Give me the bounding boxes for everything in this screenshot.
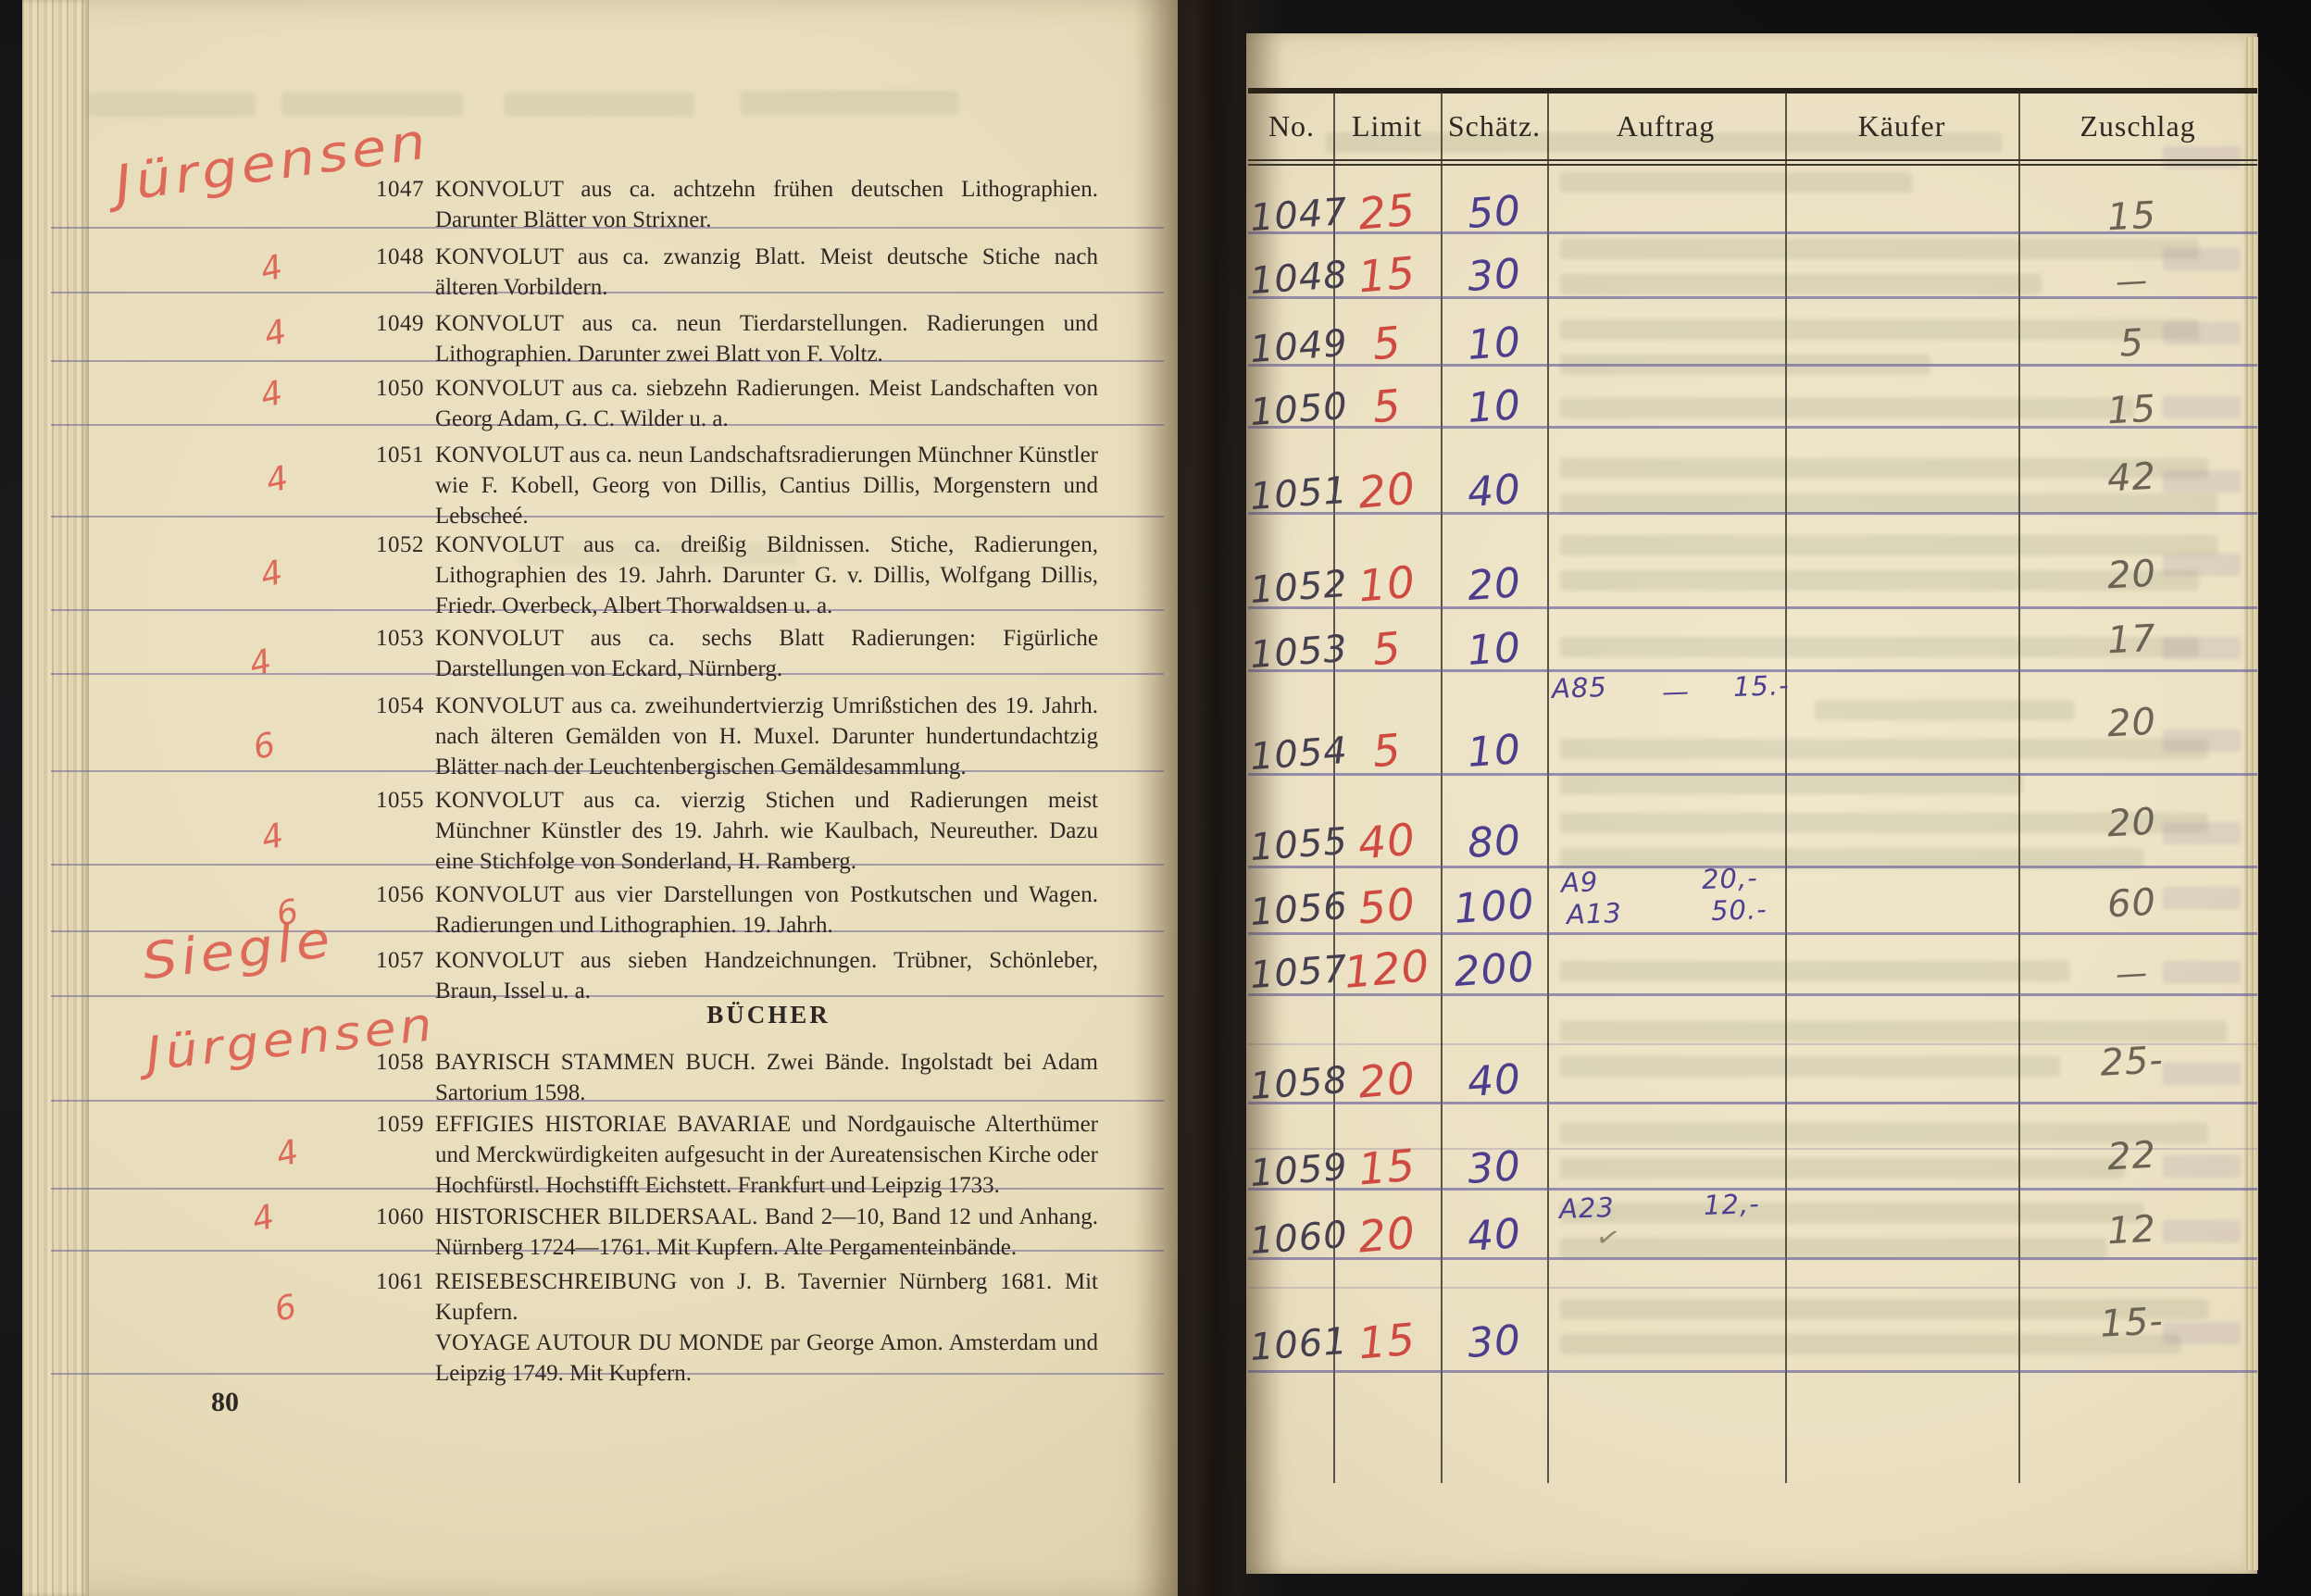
header-top-rule	[1248, 88, 2257, 94]
lot-number: 1059	[335, 1109, 424, 1140]
lot-text: KONVOLUT aus ca. siebzehn Radierungen. M…	[435, 373, 1098, 434]
lot-text: KONVOLUT aus ca. sechs Blatt Radierungen…	[435, 623, 1098, 684]
row-number: 1049	[1249, 323, 1337, 371]
row-rule-faint	[1248, 1287, 2257, 1289]
column-divider-line	[1785, 93, 1787, 1483]
lot-text: EFFIGIES HISTORIAE BAVARIAE und Nordgaui…	[435, 1109, 1098, 1201]
row-number: 1055	[1249, 821, 1337, 869]
row-number: 1053	[1249, 629, 1337, 677]
lot-entry: 1050 KONVOLUT aus ca. siebzehn Radierung…	[335, 373, 1098, 434]
lot-entry: 1047 KONVOLUT aus ca. achtzehn frühen de…	[335, 174, 1098, 235]
column-divider-line	[1441, 93, 1443, 1483]
auftrag-code: A13	[1566, 897, 1622, 930]
lot-text: HISTORISCHER BILDERSAAL. Band 2—10, Band…	[435, 1202, 1098, 1263]
bleedthrough-mark	[1560, 172, 1912, 193]
bleedthrough-mark	[1560, 274, 2042, 294]
lot-entry: 1053 KONVOLUT aus ca. sechs Blatt Radier…	[335, 623, 1098, 684]
lot-text: KONVOLUT aus ca. zweihundertvierzig Umri…	[435, 691, 1098, 782]
lot-text: KONVOLUT aus sieben Handzeichnungen. Trü…	[435, 945, 1098, 1006]
column-header-limit: Limit	[1335, 109, 1439, 143]
header-bottom-rule	[1248, 159, 2257, 161]
limit-value: 15	[1333, 245, 1441, 305]
auftrag-code: A9	[1560, 866, 1598, 898]
lot-entry: 1049 KONVOLUT aus ca. neun Tierdarstellu…	[335, 308, 1098, 369]
lot-number: 1049	[335, 308, 424, 339]
row-number: 1061	[1249, 1321, 1337, 1369]
estimate-value: 30	[1441, 1141, 1547, 1195]
estimate-value: 40	[1441, 1208, 1547, 1263]
row-rule	[1248, 932, 2257, 935]
column-divider-line	[1333, 93, 1335, 1483]
lot-number: 1048	[335, 242, 424, 272]
lot-entry: 1058 BAYRISCH STAMMEN BUCH. Zwei Bände. …	[335, 1047, 1098, 1108]
row-number: 1047	[1249, 192, 1337, 240]
lot-text: KONVOLUT aus vier Darstellungen von Post…	[435, 879, 1098, 941]
lot-text: KONVOLUT aus ca. achtzehn frühen deutsch…	[435, 174, 1098, 235]
estimate-value: 40	[1441, 464, 1547, 518]
row-number: 1060	[1249, 1215, 1337, 1263]
lot-entry: 1054 KONVOLUT aus ca. zweihundertvierzig…	[335, 691, 1098, 782]
row-number: 1058	[1249, 1060, 1337, 1108]
row-number: 1051	[1249, 470, 1337, 518]
row-number: 1054	[1249, 730, 1337, 779]
auftrag-code: A23	[1558, 1191, 1615, 1225]
auftrag-amount: 15.-	[1732, 669, 1790, 703]
limit-value: 15	[1333, 1312, 1441, 1372]
row-number: 1056	[1249, 886, 1337, 934]
bleedthrough-mark	[1560, 239, 2199, 259]
lot-entry: 1056 KONVOLUT aus vier Darstellungen von…	[335, 879, 1098, 941]
bleedthrough-mark	[282, 93, 463, 117]
lot-text: KONVOLUT aus ca. neun Landschaftsradieru…	[435, 440, 1098, 531]
auftrag-dash: —	[1661, 675, 1690, 707]
lot-number: 1052	[335, 530, 424, 560]
bleedthrough-mark	[1560, 1056, 2060, 1077]
lot-number: 1055	[335, 785, 424, 816]
lot-text: KONVOLUT aus ca. neun Tierdarstellungen.…	[435, 308, 1098, 369]
lot-text: KONVOLUT aus ca. vierzig Stichen und Rad…	[435, 785, 1098, 877]
lot-entry: 1057 KONVOLUT aus sieben Handzeichnungen…	[335, 945, 1098, 1006]
lot-entry: 1048 KONVOLUT aus ca. zwanzig Blatt. Mei…	[335, 242, 1098, 303]
limit-value: 10	[1333, 555, 1441, 615]
limit-value: 25	[1333, 182, 1441, 243]
lot-number: 1061	[335, 1266, 424, 1297]
auftrag-amount: 12,-	[1703, 1188, 1760, 1221]
lot-text: KONVOLUT aus ca. dreißig Bildnissen. Sti…	[435, 530, 1098, 621]
row-number: 1052	[1249, 564, 1337, 612]
row-rule	[1248, 1370, 2257, 1373]
section-heading: BÜCHER	[518, 1001, 1018, 1029]
bleedthrough-mark	[1560, 774, 2023, 794]
estimate-value: 30	[1441, 248, 1547, 303]
limit-value: 50	[1333, 877, 1441, 937]
lot-entry: 1061 REISEBESCHREIBUNG von J. B. Taverni…	[335, 1266, 1098, 1389]
estimate-value: 30	[1441, 1315, 1547, 1369]
limit-value: 5	[1333, 314, 1441, 374]
estimate-value: 40	[1441, 1054, 1547, 1108]
auftrag-amount: 50.-	[1710, 893, 1768, 927]
estimate-value: 10	[1441, 622, 1547, 677]
bleedthrough-mark	[741, 91, 958, 115]
estimate-value: 10	[1441, 317, 1547, 371]
lot-number: 1053	[335, 623, 424, 654]
estimate-value: 200	[1441, 942, 1547, 997]
column-divider-line	[1547, 93, 1549, 1483]
page-number: 80	[211, 1387, 239, 1418]
lot-entry: 1051 KONVOLUT aus ca. neun Landschaftsra…	[335, 440, 1098, 531]
lot-number: 1050	[335, 373, 424, 404]
limit-value: 20	[1333, 1051, 1441, 1111]
limit-value: 15	[1333, 1138, 1441, 1198]
auftrag-amount: 20,-	[1701, 862, 1758, 895]
lot-entry: 1060 HISTORISCHER BILDERSAAL. Band 2—10,…	[335, 1202, 1098, 1263]
column-divider-line	[2018, 93, 2020, 1483]
column-header-zuschlag: Zuschlag	[2020, 109, 2255, 143]
estimate-value: 80	[1441, 815, 1547, 869]
bleedthrough-mark	[1560, 1021, 2227, 1041]
page-stack-edge	[22, 0, 89, 1596]
lot-number: 1051	[335, 440, 424, 470]
estimate-value: 10	[1441, 380, 1547, 434]
row-number: 1050	[1249, 386, 1337, 434]
lot-text: BAYRISCH STAMMEN BUCH. Zwei Bände. Ingol…	[435, 1047, 1098, 1108]
estimate-value: 20	[1441, 557, 1547, 612]
lot-entry: 1059 EFFIGIES HISTORIAE BAVARIAE und Nor…	[335, 1109, 1098, 1201]
bleedthrough-mark	[505, 93, 694, 117]
lot-number: 1057	[335, 945, 424, 976]
bleedthrough-mark	[1560, 535, 2217, 555]
lot-number: 1054	[335, 691, 424, 721]
bleedthrough-mark	[1560, 961, 2069, 981]
lot-text-continued: VOYAGE AUTOUR DU MONDE par George Amon. …	[435, 1328, 1098, 1389]
column-header-no: No.	[1252, 109, 1331, 143]
row-number: 1059	[1249, 1147, 1337, 1195]
bleedthrough-mark	[88, 93, 255, 117]
fore-edge	[2244, 37, 2258, 1570]
row-number: 1048	[1249, 255, 1337, 303]
lot-entry: 1052 KONVOLUT aus ca. dreißig Bildnissen…	[335, 530, 1098, 621]
limit-value: 5	[1333, 619, 1441, 680]
limit-value: 40	[1333, 812, 1441, 872]
estimate-value: 50	[1441, 185, 1547, 240]
limit-value: 5	[1333, 721, 1441, 781]
lot-number: 1060	[335, 1202, 424, 1232]
header-bottom-rule	[1248, 164, 2257, 166]
column-header-schaetz: Schätz.	[1443, 109, 1546, 143]
row-number: 1057	[1249, 949, 1337, 997]
estimate-value: 10	[1441, 724, 1547, 779]
column-header-auftrag: Auftrag	[1548, 109, 1783, 143]
limit-value: 5	[1333, 377, 1441, 437]
limit-value: 120	[1333, 940, 1441, 1000]
column-header-kaeufer: Käufer	[1787, 109, 2017, 143]
lot-entry: 1055 KONVOLUT aus ca. vierzig Stichen un…	[335, 785, 1098, 877]
limit-value: 20	[1333, 1205, 1441, 1266]
lot-text: REISEBESCHREIBUNG von J. B. Tavernier Nü…	[435, 1266, 1098, 1328]
auftrag-code: A85	[1551, 671, 1607, 704]
lot-number: 1056	[335, 879, 424, 910]
limit-value: 20	[1333, 461, 1441, 521]
scanned-auction-ledger: { "left_page": { "page_number": "80", "s…	[0, 0, 2311, 1596]
lot-text: KONVOLUT aus ca. zwanzig Blatt. Meist de…	[435, 242, 1098, 303]
estimate-value: 100	[1441, 879, 1547, 934]
